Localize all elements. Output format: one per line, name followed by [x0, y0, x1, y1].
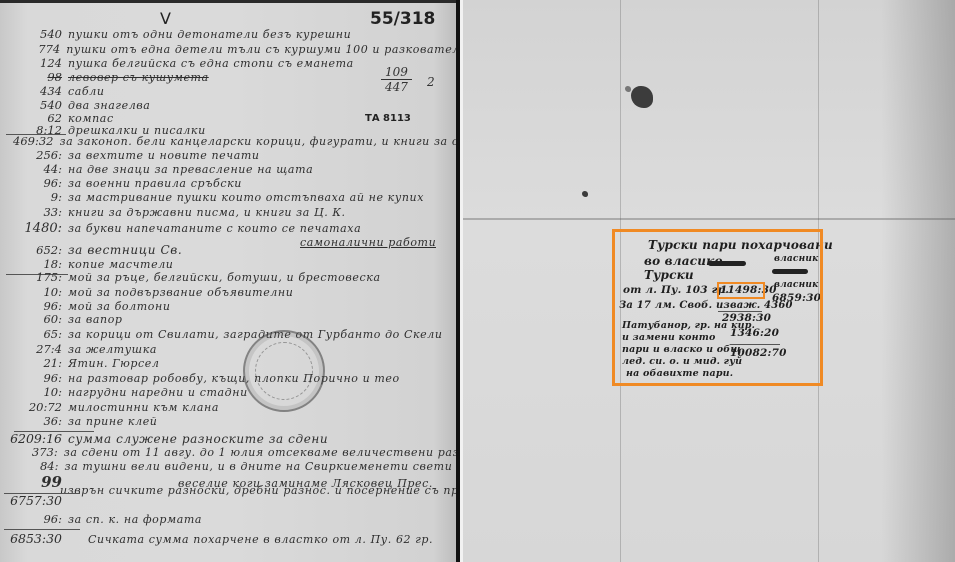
- entry-text: на две знаци за превасление на щата: [68, 163, 313, 176]
- entry-amount: 44:: [0, 162, 68, 176]
- entry-amount: 540: [0, 98, 68, 112]
- folio-number: 55/318: [370, 9, 435, 29]
- entry-amount: 652:: [0, 243, 68, 257]
- highlight-bounding-box: [717, 282, 765, 299]
- entry-text: пушки отъ одни детонатели безъ курешни: [68, 28, 351, 41]
- entry-text: за вехтите и новите печати: [68, 149, 260, 162]
- entry-amount: 65:: [0, 327, 68, 341]
- entry-amount: 21:: [0, 356, 68, 370]
- region-bounding-box: [612, 229, 823, 386]
- entry-amount: 540: [0, 27, 68, 41]
- entry-text: милостинни към клана: [68, 401, 219, 414]
- subtotal-amount: 6757:30: [0, 493, 68, 508]
- check-mark: V: [160, 9, 171, 28]
- entry-text: мой за ръце, белгийски, ботуши, и бресто…: [68, 271, 381, 284]
- ink-blot: [625, 86, 631, 92]
- entry-amount: 9:: [0, 190, 68, 204]
- entry-amount: 774: [0, 42, 66, 56]
- seal-inner-ring: [255, 342, 313, 400]
- subtotal-text: сумма служене разноските за сдени: [68, 432, 328, 446]
- entry-amount: 469:32: [0, 134, 60, 148]
- entry-amount: 96:: [0, 299, 68, 313]
- entry-amount: 96:: [0, 371, 68, 385]
- entry-text: за мастривание пушки които отстъпваха ай…: [68, 191, 424, 204]
- entry-amount: 10:: [0, 385, 68, 399]
- entry-amount: 60:: [0, 312, 68, 326]
- entry-text: пушки отъ една детели тъли съ куршуми 10…: [66, 43, 456, 56]
- entry-text: пушка белгийска съ една стопи съ еманета: [68, 57, 354, 70]
- entry-text: нагрудни наредни и стадни: [68, 386, 248, 399]
- entry-text: за военни правила сръбски: [68, 177, 242, 190]
- entry-text: левовер съ кушумета: [68, 71, 209, 84]
- entry-text: за вестници Св.: [68, 243, 182, 257]
- entry-text: книги за държавни писма, и книги за Ц. К…: [68, 206, 346, 219]
- entry-text: за тушни вели видени, и в дните на Свирк…: [64, 460, 456, 473]
- subtotal-row: 6757:30: [0, 493, 456, 510]
- entry-text: Ятин. Гюрсел: [68, 357, 160, 370]
- entry-amount: 98: [0, 70, 68, 84]
- entry-amount: 96:: [0, 176, 68, 190]
- entry-amount: 373:: [0, 445, 64, 459]
- subtotal-amount: 6209:16: [0, 431, 68, 446]
- entry-text: за корици от Свилати, заградите от Гурба…: [68, 328, 443, 341]
- entry-amount: 256:: [0, 148, 68, 162]
- ink-blot: [631, 86, 653, 108]
- entry-amount: 1480:: [0, 221, 68, 236]
- entry-text: за букви напечатаните с които се печатах…: [68, 222, 361, 235]
- left-ledger-page: V 55/318 109 447 2 ТА 8113 540пушки отъ …: [0, 0, 456, 562]
- ledger-row: 33:книги за държавни писма, и книги за Ц…: [0, 205, 456, 222]
- entry-amount: 33:: [0, 205, 68, 219]
- entry-text: сабли: [68, 85, 105, 98]
- entry-text: за законоп. бели канцеларски корици, фиг…: [60, 135, 457, 148]
- entry-text: за желтушка: [68, 343, 157, 356]
- total-text: Сичката сумма похарчене в властко от л. …: [68, 533, 433, 546]
- entry-amount: 20:72: [0, 400, 68, 414]
- entry-amount: 18:: [0, 257, 68, 271]
- entry-text: за сдени от 11 авгу. до 1 юлия отсекваме…: [64, 446, 456, 459]
- sum-rule: [4, 529, 80, 530]
- entry-amount: 84:: [0, 459, 64, 473]
- entry-amount: 96:: [0, 512, 68, 526]
- entry-text: за вапор: [68, 313, 123, 326]
- entry-amount: 27:4: [0, 342, 68, 356]
- ink-blot: [582, 191, 588, 197]
- total-amount: 6853:30: [0, 531, 68, 546]
- entry-text: на разтовар робовбу, къщи, плопки Поричн…: [68, 372, 400, 385]
- ledger-row: 96:за сп. к. на формата: [0, 512, 456, 529]
- entry-amount: 36:: [0, 414, 68, 428]
- entry-amount: 10:: [0, 285, 68, 299]
- ledger-row: 36:за прине клей: [0, 414, 456, 431]
- fold-crease: [463, 218, 955, 220]
- entry-text: за прине клей: [68, 415, 157, 428]
- entry-text: мой за подвързвание объявителни: [68, 286, 293, 299]
- entry-amount: 175:: [0, 270, 68, 284]
- entry-amount: 434: [0, 84, 68, 98]
- entry-amount: 124: [0, 56, 68, 70]
- official-seal-stamp: [243, 330, 325, 412]
- entry-amount: 99: [0, 473, 68, 491]
- total-row: 6853:30Сичката сумма похарчене в властко…: [0, 531, 456, 548]
- entry-text: за сп. к. на формата: [68, 513, 202, 526]
